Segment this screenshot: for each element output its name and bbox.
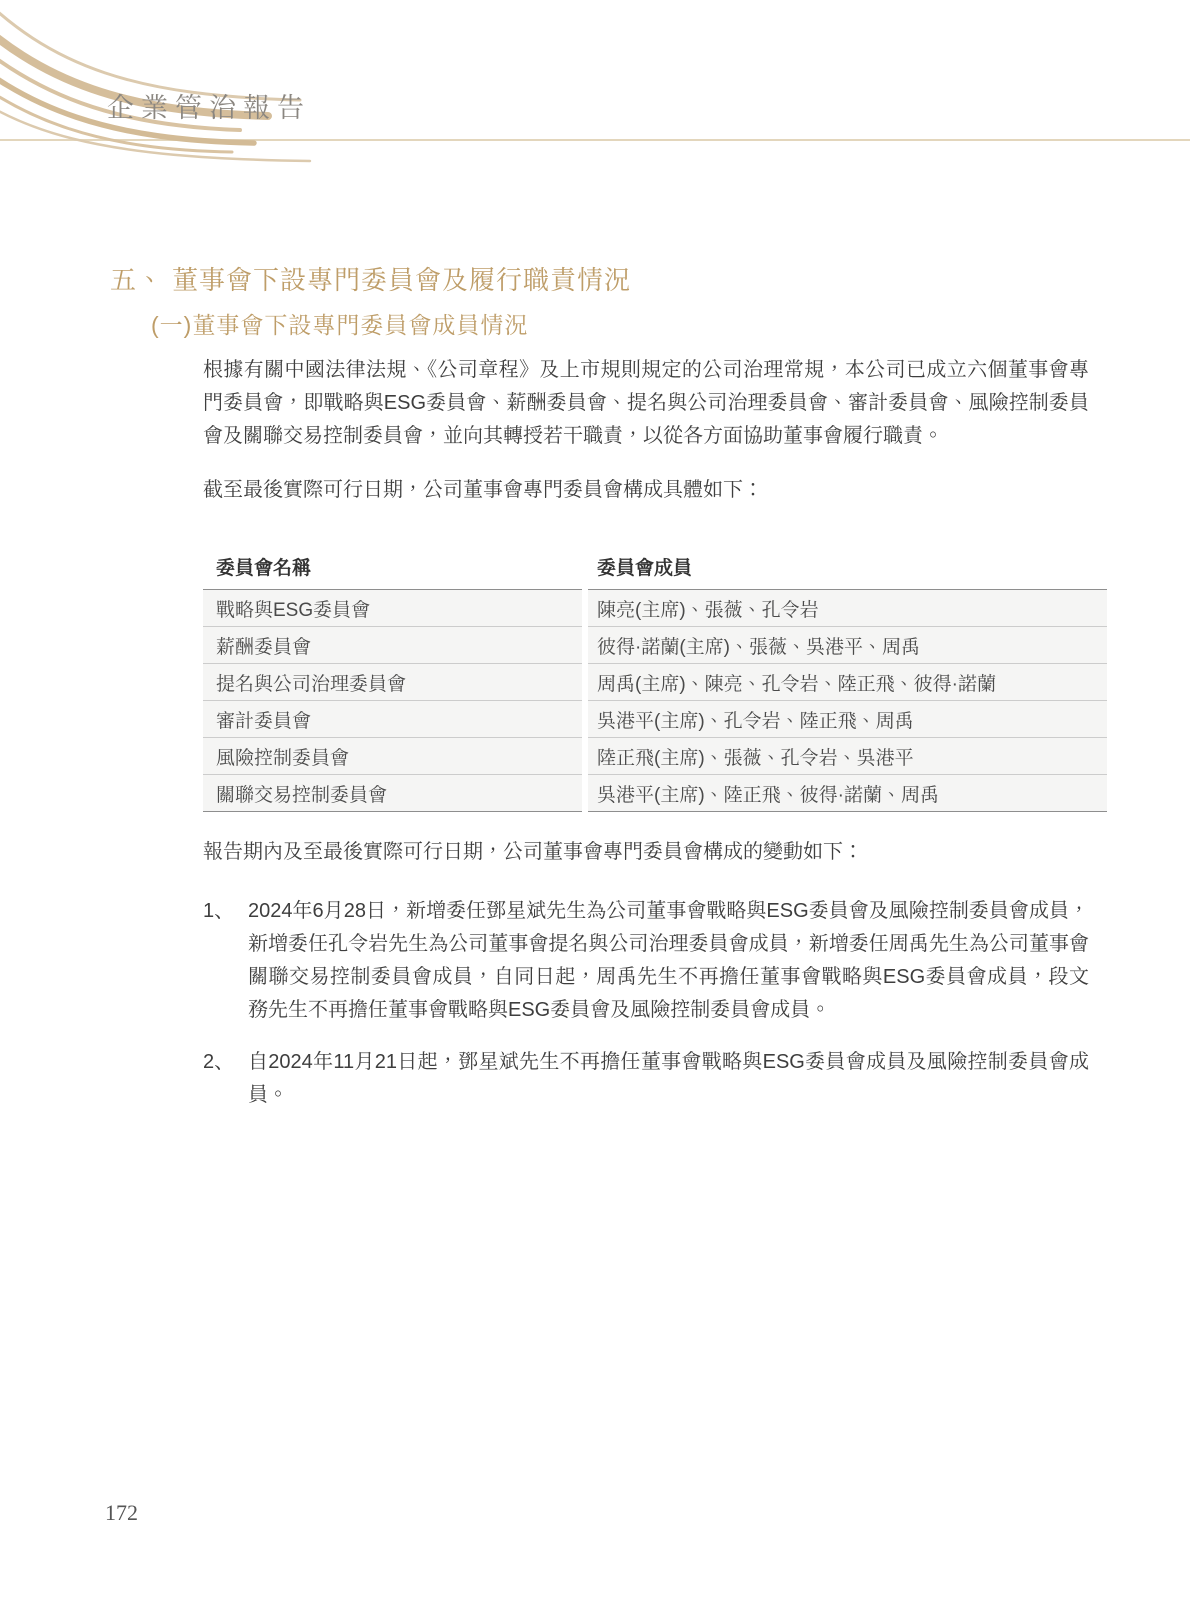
column-header-committee-members: 委員會成員 (588, 545, 1107, 590)
committee-members-cell: 周禹(主席)、陳亮、孔令岩、陸正飛、彼得·諾蘭 (588, 664, 1107, 701)
column-header-committee-name: 委員會名稱 (203, 545, 582, 590)
committee-name-cell: 風險控制委員會 (203, 738, 582, 775)
committee-name-cell: 審計委員會 (203, 701, 582, 738)
table-row: 關聯交易控制委員會 吳港平(主席)、陸正飛、彼得·諾蘭、周禹 (203, 775, 1107, 812)
table-row: 審計委員會 吳港平(主席)、孔令岩、陸正飛、周禹 (203, 701, 1107, 738)
committee-members-cell: 吳港平(主席)、孔令岩、陸正飛、周禹 (588, 701, 1107, 738)
table-lead-paragraph: 截至最後實際可行日期，公司董事會專門委員會構成具體如下： (203, 474, 1089, 507)
page-number: 172 (105, 1500, 138, 1526)
list-item-text: 自2024年11月21日起，鄧星斌先生不再擔任董事會戰略與ESG委員會成員及風險… (248, 1046, 1089, 1112)
committee-members-cell: 陳亮(主席)、張薇、孔令岩 (588, 590, 1107, 627)
list-item-1: 1、 2024年6月28日，新增委任鄧星斌先生為公司董事會戰略與ESG委員會及風… (203, 895, 1089, 1027)
committee-name-cell: 關聯交易控制委員會 (203, 775, 582, 812)
subsection-heading: (一)董事會下設專門委員會成員情況 (151, 309, 528, 341)
committee-members-cell: 陸正飛(主席)、張薇、孔令岩、吳港平 (588, 738, 1107, 775)
list-item-number: 1、 (203, 895, 248, 1027)
list-item-2: 2、 自2024年11月21日起，鄧星斌先生不再擔任董事會戰略與ESG委員會成員… (203, 1046, 1089, 1112)
brand-swoosh-logo (0, 0, 330, 175)
committee-name-cell: 提名與公司治理委員會 (203, 664, 582, 701)
table-row: 戰略與ESG委員會 陳亮(主席)、張薇、孔令岩 (203, 590, 1107, 627)
report-header-title: 企業管治報告 (107, 92, 311, 124)
committee-name-cell: 戰略與ESG委員會 (203, 590, 582, 627)
committee-table: 委員會名稱 委員會成員 戰略與ESG委員會 陳亮(主席)、張薇、孔令岩 薪酬委員… (203, 545, 1107, 812)
table-row: 薪酬委員會 彼得·諾蘭(主席)、張薇、吳港平、周禹 (203, 627, 1107, 664)
changes-lead-paragraph: 報告期內及至最後實際可行日期，公司董事會專門委員會構成的變動如下： (203, 836, 1089, 869)
section-heading: 五、董事會下設專門委員會及履行職責情況 (110, 263, 631, 297)
committee-name-cell: 薪酬委員會 (203, 627, 582, 664)
table-row: 提名與公司治理委員會 周禹(主席)、陳亮、孔令岩、陸正飛、彼得·諾蘭 (203, 664, 1107, 701)
section-title-text: 董事會下設專門委員會及履行職責情況 (172, 265, 631, 295)
table-header-row: 委員會名稱 委員會成員 (203, 545, 1107, 590)
committee-members-cell: 彼得·諾蘭(主席)、張薇、吳港平、周禹 (588, 627, 1107, 664)
document-page: 企業管治報告 五、董事會下設專門委員會及履行職責情況 (一)董事會下設專門委員會… (0, 0, 1190, 1615)
intro-paragraph: 根據有關中國法律法規、《公司章程》及上市規則規定的公司治理常規，本公司已成立六個… (203, 354, 1089, 453)
table-row: 風險控制委員會 陸正飛(主席)、張薇、孔令岩、吳港平 (203, 738, 1107, 775)
list-item-text: 2024年6月28日，新增委任鄧星斌先生為公司董事會戰略與ESG委員會及風險控制… (248, 895, 1089, 1027)
list-item-number: 2、 (203, 1046, 248, 1112)
committee-members-cell: 吳港平(主席)、陸正飛、彼得·諾蘭、周禹 (588, 775, 1107, 812)
section-number: 五、 (110, 265, 164, 295)
